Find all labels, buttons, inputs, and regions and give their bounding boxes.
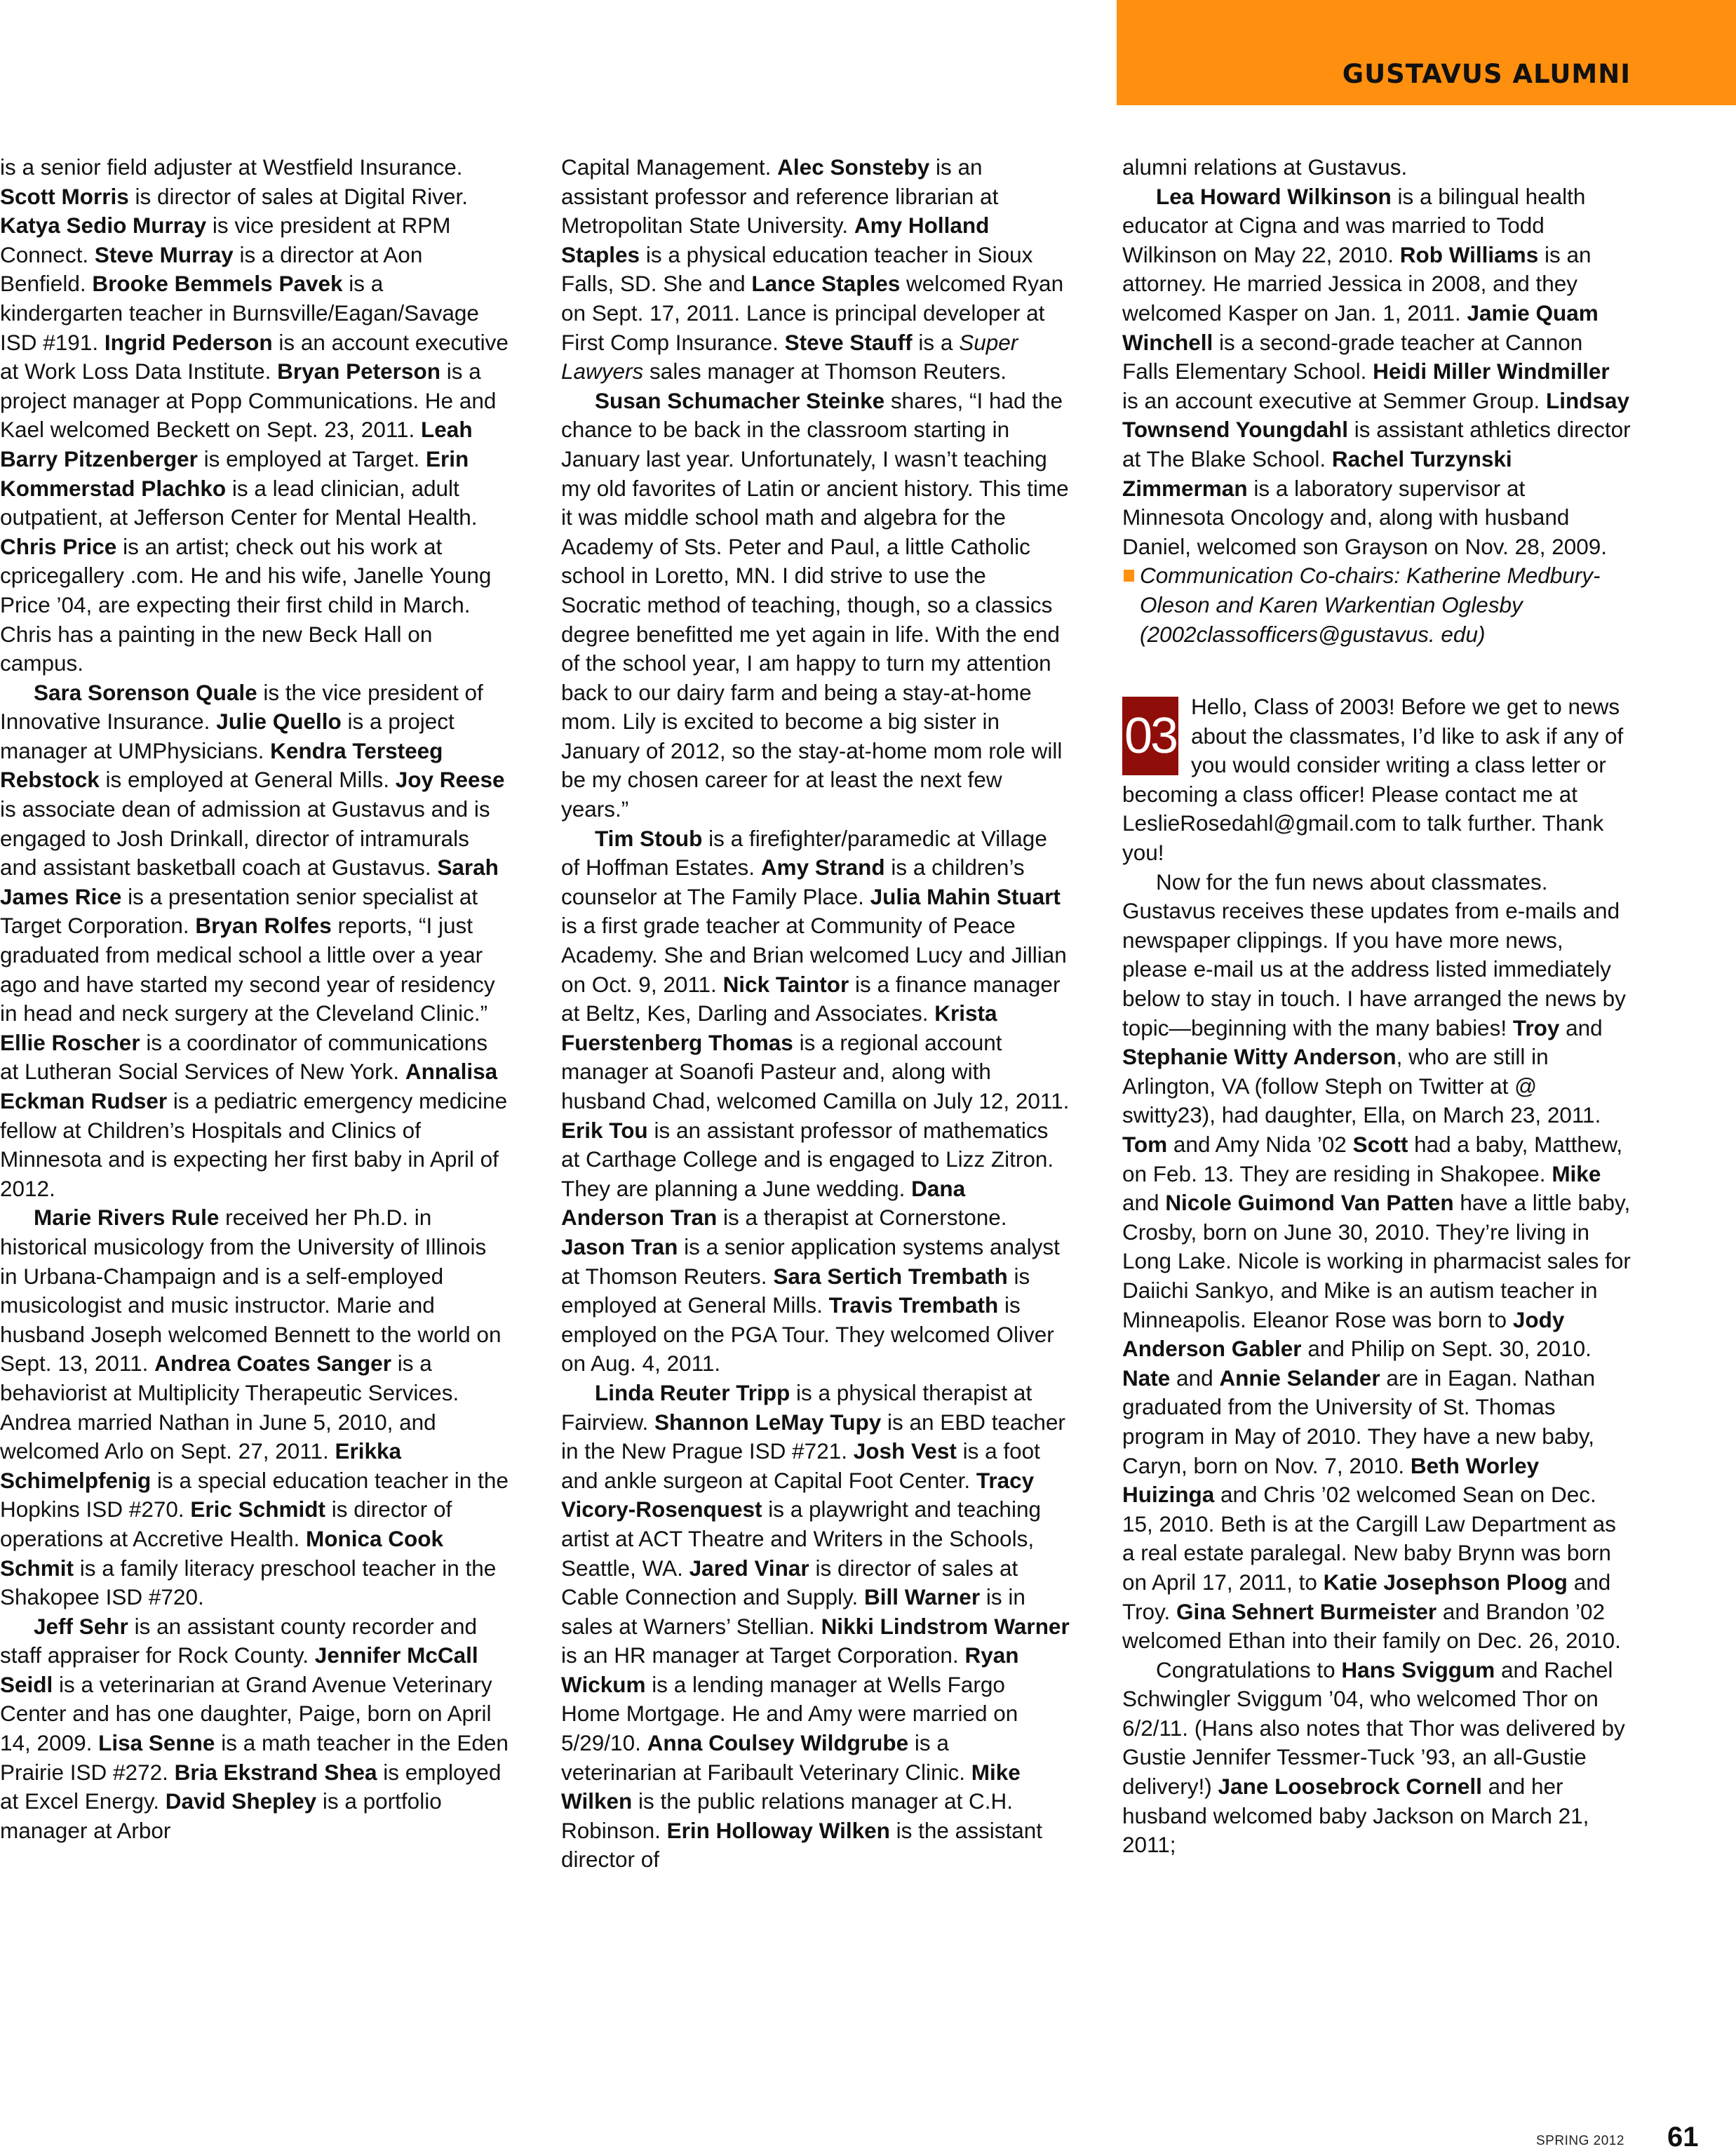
text-run: and xyxy=(1170,1365,1219,1391)
text-run: is an account executive at Semmer Group. xyxy=(1122,388,1546,413)
text-run: is an HR manager at Target Corporation. xyxy=(561,1642,964,1668)
alumnus-name: Anna Coulsey Wildgrube xyxy=(647,1730,909,1755)
text-run: and Philip on Sept. 30, 2010. xyxy=(1302,1336,1592,1361)
alumnus-name: Katya Sedio Murray xyxy=(0,213,206,238)
alumnus-name: Erik Tou xyxy=(561,1118,648,1143)
alumnus-name: Ingrid Pederson xyxy=(105,330,273,355)
alumnus-name: Jared Vinar xyxy=(689,1555,809,1581)
alumnus-name: Sara Sorenson Quale xyxy=(34,680,257,705)
text-run: Hello, Class of 2003! Before we get to n… xyxy=(1122,694,1623,865)
text-run: and xyxy=(1559,1015,1602,1040)
article-column-2: Capital Management. Alec Sonsteby is an … xyxy=(561,153,1070,1875)
article-paragraph: Tim Stoub is a firefighter/paramedic at … xyxy=(561,824,1070,1379)
alumnus-name: David Shepley xyxy=(166,1788,316,1814)
alumnus-name: Nate xyxy=(1122,1365,1170,1391)
alumnus-name: Nicole Guimond Van Patten xyxy=(1165,1190,1453,1215)
article-column-3: alumni relations at Gustavus.Lea Howard … xyxy=(1122,153,1631,1860)
alumnus-name: Jason Tran xyxy=(561,1234,678,1259)
alumnus-name: Steve Murray xyxy=(95,242,234,267)
alumnus-name: Bryan Rolfes xyxy=(195,913,331,938)
alumnus-name: Hans Sviggum xyxy=(1341,1657,1495,1682)
article-paragraph: Sara Sorenson Quale is the vice presiden… xyxy=(0,678,509,1204)
text-run: is a family literacy preschool teacher i… xyxy=(0,1555,496,1610)
class-2003-section: 03 Hello, Class of 2003! Before we get t… xyxy=(1122,692,1631,1860)
text-run: is a xyxy=(913,330,960,355)
alumnus-name: Scott xyxy=(1353,1132,1408,1157)
alumnus-name: Linda Reuter Tripp xyxy=(595,1380,790,1405)
section-header-band: GUSTAVUS ALUMNI xyxy=(1117,0,1736,105)
alumnus-name: Joy Reese xyxy=(396,767,505,792)
alumnus-name: Jane Loosebrock Cornell xyxy=(1218,1774,1482,1799)
alumnus-name: Erin Holloway Wilken xyxy=(667,1818,890,1843)
alumnus-name: Bryan Peterson xyxy=(277,359,440,384)
alumnus-name: Bria Ekstrand Shea xyxy=(175,1760,377,1785)
contact-note-text: Communication Co-chairs: Katherine Medbu… xyxy=(1140,563,1601,646)
alumnus-name: Annie Selander xyxy=(1219,1365,1380,1391)
alumnus-name: Amy Strand xyxy=(761,855,885,880)
alumnus-name: Marie Rivers Rule xyxy=(34,1205,219,1230)
alumnus-name: Shannon LeMay Tupy xyxy=(654,1410,881,1435)
section-spacer xyxy=(1122,649,1631,692)
alumnus-name: Andrea Coates Sanger xyxy=(154,1351,391,1376)
article-paragraph: Marie Rivers Rule received her Ph.D. in … xyxy=(0,1203,509,1612)
alumnus-name: Katie Josephson Ploog xyxy=(1324,1569,1568,1595)
text-run: is a senior field adjuster at Westfield … xyxy=(0,154,463,180)
article-paragraph: Lea Howard Wilkinson is a bilingual heal… xyxy=(1122,182,1631,562)
article-paragraph: Linda Reuter Tripp is a physical therapi… xyxy=(561,1379,1070,1875)
column-3-paragraphs: alumni relations at Gustavus.Lea Howard … xyxy=(1122,153,1631,561)
class-2003-paragraphs: Hello, Class of 2003! Before we get to n… xyxy=(1122,692,1631,1860)
alumnus-name: Eric Schmidt xyxy=(190,1497,325,1522)
text-run: alumni relations at Gustavus. xyxy=(1122,154,1407,180)
text-run: is employed at Target. xyxy=(198,446,426,471)
alumnus-name: Chris Price xyxy=(0,534,116,559)
alumnus-name: Tim Stoub xyxy=(595,826,702,851)
text-run: is associate dean of admission at Gustav… xyxy=(0,796,490,880)
alumnus-name: Lea Howard Wilkinson xyxy=(1156,184,1392,209)
article-paragraph: alumni relations at Gustavus. xyxy=(1122,153,1631,182)
alumnus-name: Rob Williams xyxy=(1400,242,1539,267)
alumnus-name: Julie Quello xyxy=(216,709,342,734)
alumnus-name: Julia Mahin Stuart xyxy=(870,884,1061,909)
alumnus-name: Alec Sonsteby xyxy=(777,154,929,180)
text-run: and Amy Nida ’02 xyxy=(1167,1132,1352,1157)
text-run: shares, “I had the chance to be back in … xyxy=(561,388,1069,822)
alumnus-name: Susan Schumacher Steinke xyxy=(595,388,884,413)
alumnus-name: Nikki Lindstrom Warner xyxy=(821,1614,1070,1639)
class-year-badge: 03 xyxy=(1122,697,1178,775)
orange-bullet-icon xyxy=(1124,570,1134,582)
alumnus-name: Jeff Sehr xyxy=(34,1614,128,1639)
text-run: is director of sales at Digital River. xyxy=(129,184,468,209)
text-run: Congratulations to xyxy=(1156,1657,1341,1682)
alumnus-name: Lisa Senne xyxy=(98,1730,215,1755)
issue-label: SPRING 2012 xyxy=(1536,2134,1624,2149)
article-paragraph: Congratulations to Hans Sviggum and Rach… xyxy=(1122,1656,1631,1860)
text-run: sales manager at Thomson Reuters. xyxy=(643,359,1007,384)
text-run: and xyxy=(1122,1190,1165,1215)
alumnus-name: Scott Morris xyxy=(0,184,129,209)
article-column-1: is a senior field adjuster at Westfield … xyxy=(0,153,509,1845)
alumnus-name: Bill Warner xyxy=(864,1584,980,1609)
article-paragraph: Capital Management. Alec Sonsteby is an … xyxy=(561,153,1070,387)
alumnus-name: Stephanie Witty Anderson xyxy=(1122,1044,1397,1069)
alumnus-name: Josh Vest xyxy=(854,1438,957,1464)
class-contact-note: Communication Co-chairs: Katherine Medbu… xyxy=(1122,561,1631,649)
alumnus-name: Lance Staples xyxy=(751,271,900,296)
alumnus-name: Nick Taintor xyxy=(723,972,849,997)
alumnus-name: Steve Stauff xyxy=(785,330,913,355)
text-run: is employed at General Mills. xyxy=(100,767,396,792)
article-paragraph: Hello, Class of 2003! Before we get to n… xyxy=(1122,692,1631,868)
alumnus-name: Sara Sertich Trembath xyxy=(773,1264,1007,1289)
alumnus-name: Tom xyxy=(1122,1132,1167,1157)
page-number: 61 xyxy=(1667,2122,1699,2153)
alumnus-name: Troy xyxy=(1513,1015,1560,1040)
alumnus-name: Brooke Bemmels Pavek xyxy=(92,271,342,296)
alumnus-name: Gina Sehnert Burmeister xyxy=(1176,1599,1436,1624)
section-title: GUSTAVUS ALUMNI xyxy=(1343,59,1631,89)
alumnus-name: Heidi Miller Windmiller xyxy=(1373,359,1610,384)
article-paragraph: Jeff Sehr is an assistant county recorde… xyxy=(0,1612,509,1846)
text-run: Capital Management. xyxy=(561,154,777,180)
article-paragraph: is a senior field adjuster at Westfield … xyxy=(0,153,509,678)
article-paragraph: Now for the fun news about classmates. G… xyxy=(1122,868,1631,1656)
alumnus-name: Travis Trembath xyxy=(829,1292,999,1318)
alumnus-name: Ellie Roscher xyxy=(0,1030,140,1055)
article-paragraph: Susan Schumacher Steinke shares, “I had … xyxy=(561,387,1070,824)
text-run: is a therapist at Cornerstone. xyxy=(717,1205,1007,1230)
alumnus-name: Mike xyxy=(1552,1161,1601,1186)
